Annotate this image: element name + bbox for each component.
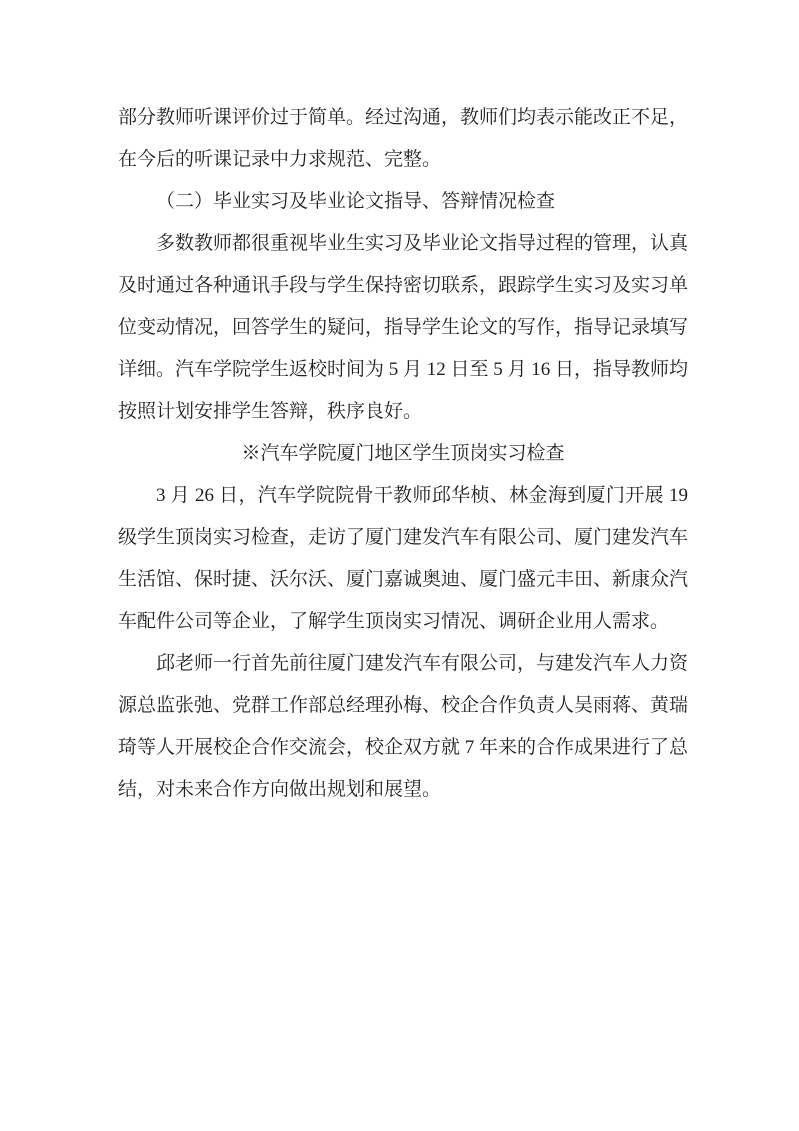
paragraph-listening-evaluation: 部分教师听课评价过于简单。经过沟通，教师们均表示能改正不足，在今后的听课记录中力… [118,97,688,181]
section-heading-graduation-internship-thesis-check: （二）毕业实习及毕业论文指导、答辩情况检查 [118,181,688,223]
paragraph-xiamen-company-visits: 3 月 26 日，汽车学院院骨干教师邱华桢、林金海到厦门开展 19 级学生顶岗实… [118,475,688,643]
centered-heading-xiamen-internship-check: ※汽车学院厦门地区学生顶岗实习检查 [118,433,688,475]
paragraph-jianfa-cooperation-meeting: 邱老师一行首先前往厦门建发汽车有限公司，与建发汽车人力资源总监张弛、党群工作部总… [118,643,688,811]
document-content: 部分教师听课评价过于简单。经过沟通，教师们均表示能改正不足，在今后的听课记录中力… [118,97,688,811]
document-page: 部分教师听课评价过于简单。经过沟通，教师们均表示能改正不足，在今后的听课记录中力… [0,0,799,1131]
paragraph-graduation-guidance-details: 多数教师都很重视毕业生实习及毕业论文指导过程的管理，认真及时通过各种通讯手段与学… [118,223,688,433]
